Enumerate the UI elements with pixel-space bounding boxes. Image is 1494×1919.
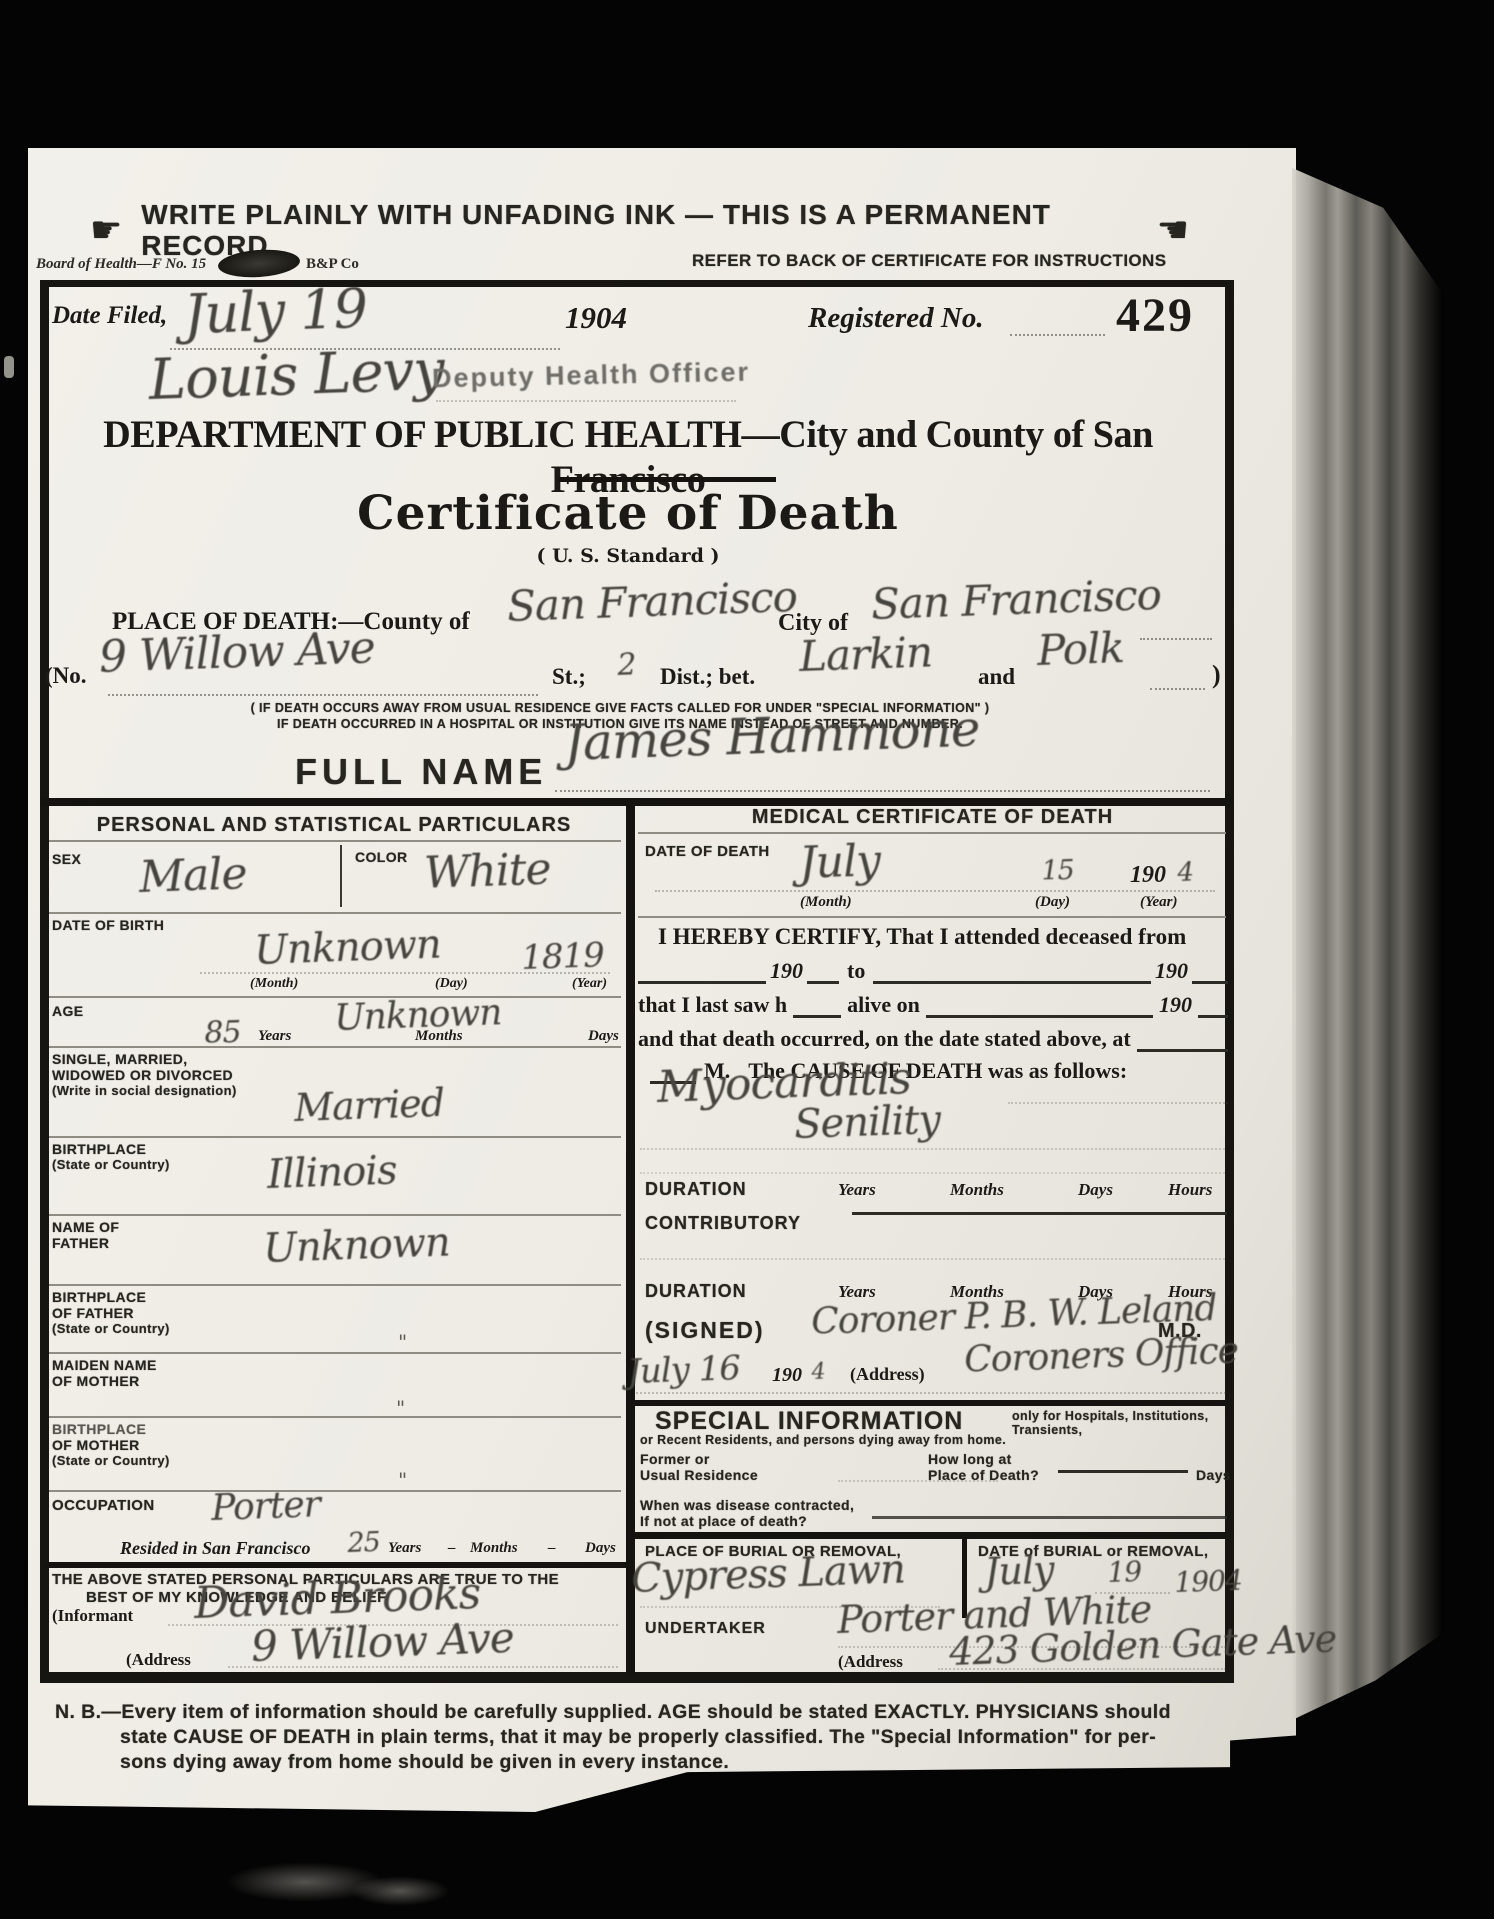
signed-label: (SIGNED) [645,1318,765,1343]
marital-label-2: WIDOWED OR DIVORCED [52,1068,233,1083]
undertaker-label: UNDERTAKER [645,1620,766,1638]
informant-label: (Informant [52,1606,133,1626]
resided-sub-months: Months [470,1540,518,1557]
book-page-edge [1292,152,1444,1744]
print-190-b: 190 [1155,958,1188,984]
footer-note-line-1: N. B.—Every item of information should b… [55,1702,1171,1723]
full-name-line [555,790,1210,792]
date-filed-label: Date Filed, [52,302,167,330]
occupation-value: Porter [211,1484,321,1529]
title-rule [558,477,776,482]
age-sub-years: Years [258,1028,291,1045]
rule [49,1046,621,1048]
contracted-label-1: When was disease contracted, [640,1498,854,1513]
resided-sub-years: Years [388,1540,421,1557]
former-label-1: Former or [640,1452,710,1467]
duration-years: Years [838,1180,876,1200]
blank-line [807,981,839,984]
father-value: Unknown [262,1220,450,1272]
and-label: and [978,664,1015,690]
stamp-underline [436,400,736,402]
st-label: St.; [552,664,586,690]
resided-years-value: 25 [347,1527,380,1559]
burial-date-year: 1904 [1174,1564,1242,1599]
burial-date-day: 19 [1107,1555,1142,1589]
sex-value: Male [138,848,247,903]
informant-address-label: (Address [126,1650,191,1670]
burial-place-value: Cypress Lawn [630,1546,905,1602]
dod-sub-day: (Day) [1035,894,1070,911]
st-value: 2 [617,647,636,683]
mother-bp-label-2: OF MOTHER [52,1438,140,1453]
scanned-death-certificate: ☛ WRITE PLAINLY WITH UNFADING INK — THIS… [0,0,1494,1919]
dod-label: DATE OF DEATH [645,844,770,861]
registered-no-value: 429 [1116,288,1194,343]
signed-date-value: July 16 [627,1348,741,1392]
dod-year-print: 190 [1130,862,1166,889]
dod-day-value: 15 [1041,855,1074,887]
informant-address-value: 9 Willow Ave [250,1613,514,1671]
form-number: Board of Health—F No. 15 [36,256,206,273]
how-long-label-2: Place of Death? [928,1468,1039,1483]
certify-dates-line: 190 to 190 [638,958,1228,984]
dob-sub-day: (Day) [435,976,468,992]
dod-sub-month: (Month) [800,894,852,911]
birthplace-label-2: (State or Country) [52,1158,170,1172]
cause-line-1 [1008,1102,1228,1104]
undertaker-address-label: (Address [838,1652,903,1672]
dob-value: Unknown [253,922,441,974]
age-label: AGE [52,1004,84,1019]
death-occurred-label: and that death occurred, on the date sta… [638,1026,1131,1052]
dod-year-hand: 4 [1177,857,1194,888]
blank-line [638,981,766,984]
contracted-line [872,1516,1227,1519]
city-value: San Francisco [870,570,1161,629]
cause-2-value: Senility [793,1097,940,1148]
sex-color-divider [340,845,342,907]
mother-label-2: OF MOTHER [52,1374,140,1389]
resided-dash-1: – [448,1540,456,1557]
dob-line [200,972,610,974]
contracted-label-2: If not at place of death? [640,1514,807,1529]
certify-line: I HEREBY CERTIFY, That I attended deceas… [658,924,1186,950]
father-bp-ditto: " [398,1330,407,1354]
rule [49,1416,621,1418]
mother-bp-label-3: (State or Country) [52,1454,170,1468]
columns-top-rule [40,798,1234,806]
dod-line [655,890,1215,892]
print-190-a: 190 [770,958,803,984]
street-line [108,694,538,696]
sex-label: SEX [52,852,81,867]
medical-header: MEDICAL CERTIFICATE OF DEATH [640,806,1225,828]
left-col-thick-rule [44,1562,626,1568]
mother-bp-ditto: " [398,1468,407,1492]
rule [49,1214,621,1216]
rule [638,832,1226,834]
blank-line [926,1015,1153,1018]
contributory-line-2 [640,1258,1225,1260]
dob-label: DATE OF BIRTH [52,918,164,933]
dist-line [1150,688,1205,690]
father-bp-label-2: OF FATHER [52,1306,134,1321]
city-line [1140,638,1212,640]
filed-year: 1904 [565,300,627,336]
signed-date-year-hand: 4 [811,1360,825,1385]
maker-name: B&P Co [306,256,359,273]
contributory-line [852,1212,1227,1215]
cause-line-2 [640,1148,1225,1150]
date-filed-value: July 19 [183,277,368,346]
signed-address-label: (Address) [850,1364,925,1385]
duration-hours: Hours [1168,1180,1212,1200]
footer-note-line-2: state CAUSE OF DEATH in plain terms, tha… [120,1727,1156,1748]
registered-no-label: Registered No. [808,302,984,335]
age-sub-months: Months [415,1028,463,1045]
how-long-label-1: How long at [928,1452,1012,1467]
contributory-label: CONTRIBUTORY [645,1214,801,1234]
certificate-subtitle: ( U. S. Standard ) [40,545,1216,567]
special-rest-2: or Recent Residents, and persons dying a… [640,1434,1006,1448]
blank-line [793,1015,841,1018]
signed-line [636,1392,1226,1394]
blank-line [1198,1015,1228,1018]
personal-header: PERSONAL AND STATISTICAL PARTICULARS [49,814,619,836]
dob-sub-month: (Month) [250,976,298,992]
health-officer-signature: Louis Levy [148,338,445,413]
certificate-title: Certificate of Death [40,486,1216,541]
mother-label-1: MAIDEN NAME [52,1358,157,1373]
father-bp-label-3: (State or Country) [52,1322,170,1336]
pointing-hand-right-icon: ☚ [1157,211,1190,251]
father-label-2: FATHER [52,1236,109,1251]
dod-sub-year: (Year) [1140,894,1178,911]
blank-line [1192,981,1228,984]
death-occurred-line: and that death occurred, on the date sta… [638,1026,1228,1052]
pointing-hand-left-icon: ☛ [90,211,123,251]
duration2-label: DURATION [645,1282,747,1302]
to-label: to [847,958,865,984]
last-saw-line: that I last saw h alive on 190 [638,992,1228,1018]
undertaker-address-line [938,1668,1226,1670]
paren-close: ) [1212,660,1221,690]
birthplace-value: Illinois [266,1148,397,1198]
father-label-1: NAME OF [52,1220,119,1235]
marital-value: Married [293,1081,444,1130]
rule [49,1490,621,1492]
father-bp-label-1: BIRTHPLACE [52,1290,146,1305]
dist-label: Dist.; bet. [660,664,755,690]
occupation-label: OCCUPATION [52,1498,155,1515]
footer-note-line-3: sons dying away from home should be give… [120,1752,729,1773]
special-top-rule [635,1400,1226,1406]
mother-bp-label-1: BIRTHPLACE [52,1422,146,1437]
rule [49,1136,621,1138]
rule [49,1284,621,1286]
rule [49,1352,621,1354]
rule [49,840,621,842]
burial-top-rule [635,1532,1226,1539]
full-name-label: FULL NAME [295,752,547,792]
age-sub-days: Days [588,1028,619,1045]
duration-label: DURATION [645,1180,747,1200]
days-label: Days [1196,1468,1231,1483]
rule [638,916,1226,918]
birthplace-label-1: BIRTHPLACE [52,1142,146,1157]
special-header: SPECIAL INFORMATION [655,1408,963,1436]
blank-line [1137,1049,1228,1052]
street-value: 9 Willow Ave [98,622,375,683]
duration-days: Days [1078,1180,1113,1200]
signed-date-year-print: 190 [772,1364,802,1387]
between-a-value: Larkin [798,627,933,681]
between-b-value: Polk [1036,623,1124,675]
special-rest-1: only for Hospitals, Institutions, Transi… [1012,1410,1227,1438]
how-long-line [1058,1470,1188,1473]
former-label-2: Usual Residence [640,1468,758,1483]
column-divider [626,800,635,1675]
refer-instructions: REFER TO BACK OF CERTIFICATE FOR INSTRUC… [692,252,1166,271]
resided-label: Resided in San Francisco [120,1538,311,1559]
scan-smudge [350,1876,450,1906]
alive-on-label: alive on [847,992,920,1018]
rule [49,912,621,914]
scan-speck [4,356,14,378]
dob-sub-year: (Year) [572,976,607,992]
no-label: (No. [45,663,87,689]
resided-sub-days: Days [585,1540,616,1557]
resided-dash-2: – [548,1540,556,1557]
blank-line [873,981,1151,984]
color-value: White [423,844,551,899]
last-saw-label: that I last saw h [638,992,787,1018]
color-label: COLOR [355,850,408,865]
county-value: San Francisco [506,572,797,631]
cause-line-3 [640,1172,1225,1174]
burial-date-month: July [983,1548,1054,1594]
dod-month-value: July [798,835,881,889]
duration-months: Months [950,1180,1004,1200]
registered-no-line [1010,334,1105,336]
last-190: 190 [1159,992,1192,1018]
marital-label-1: SINGLE, MARRIED, [52,1052,188,1067]
marital-label-3: (Write in social designation) [52,1084,237,1098]
